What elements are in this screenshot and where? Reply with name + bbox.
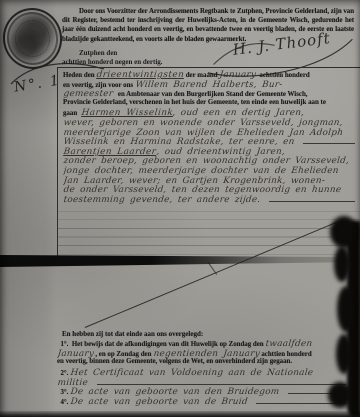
ink-blot — [328, 382, 352, 408]
text-line: Heden den drieentwintigsten der maand Ja… — [63, 70, 357, 80]
bottom-edge-shadow — [0, 411, 360, 417]
handwritten-text: zonder beroep, geboren en woonachtig ond… — [63, 156, 350, 166]
handwritten-text: meerderjarige Zoon van wijlen de Ehelied… — [63, 128, 344, 138]
text-line: Wisselink en Harmina Radstake, ter eenre… — [63, 137, 357, 147]
text-line: de onder Varsseveld, ten dezen tegenwoor… — [63, 185, 357, 195]
printed-text: en Ambtenaar van den Burgerlijken Stand … — [113, 91, 308, 98]
text-line: jonge dochter, meerderjarige dochter van… — [63, 166, 357, 176]
printed-text: 4°. — [57, 399, 70, 406]
text-line: en veertig, zijn voor ons Willem Barend … — [63, 80, 357, 90]
ink-blot — [330, 216, 358, 248]
text-line: 1°. Het bewijs dat de afkondigingen van … — [57, 339, 348, 349]
text-line: Provincie Gelderland, verschenen in het … — [63, 99, 357, 109]
handwritten-text: Barentjen Laarder — [63, 147, 157, 157]
text-line: 4°. De acte van geboorte van de Bruid — [57, 397, 348, 407]
entry-text: Heden den drieentwintigsten der maand Ja… — [58, 68, 360, 204]
handwritten-text: Willem Barend Halberts, Bur- — [135, 80, 283, 90]
text-line: en veertig, binnen deze Gemeente, volgen… — [57, 358, 348, 368]
handwritten-text: negentienden January — [153, 349, 260, 359]
text-line: zonder beroep, geboren en woonachtig ond… — [63, 156, 357, 166]
handwritten-text: drieentwintigsten — [96, 70, 185, 80]
fill-rule — [97, 384, 346, 385]
text-line: militie — [57, 378, 348, 388]
text-line: Jan Laarder, wever; en Gartjen Krogenbri… — [63, 176, 357, 186]
handwritten-text: militie — [57, 378, 94, 388]
printed-text: Heden den — [63, 72, 96, 79]
printed-text: achttien honderd — [256, 72, 310, 79]
handwritten-text: , oud drieentwintig Jaren, — [156, 147, 286, 157]
handwritten-text: Jan Laarder, wever; en Gartjen Krogenbri… — [63, 176, 326, 186]
text-line: gaan Harmen Wisselink, oud een en dertig… — [63, 108, 357, 118]
printed-text: 1°. Het bewijs dat de afkondigingen van … — [57, 341, 265, 348]
text-line: Barentjen Laarder, oud drieentwintig Jar… — [63, 147, 357, 157]
handwritten-text: de onder Varsseveld, ten dezen tegenwoor… — [63, 185, 342, 195]
handwritten-text: wever, geboren en wonende onder Varsseve… — [63, 118, 343, 128]
handwritten-text: gemeester — [63, 89, 114, 99]
document-scan: N°. 1 Door ons Voorzitter der Arrondisse… — [0, 0, 360, 417]
ink-blot — [334, 246, 350, 282]
text-line: gemeester en Ambtenaar van den Burgerlij… — [63, 89, 357, 99]
printed-text: 3°. — [57, 389, 70, 396]
handwritten-text: twaalfden — [265, 339, 313, 349]
text-line: meerderjarige Zoon van wijlen de Ehelied… — [63, 128, 357, 138]
printed-text: en veertig, zijn voor ons — [63, 82, 135, 89]
handwritten-text: jonge dochter, meerderjarige dochter van… — [63, 166, 339, 176]
fill-rule — [269, 201, 355, 202]
handwritten-text: January — [219, 70, 257, 80]
printed-text: en veertig, binnen deze Gemeente, volgen… — [57, 358, 292, 365]
submitted-documents-list: 1°. Het bewijs dat de afkondigingen van … — [57, 339, 348, 407]
ink-blot — [336, 334, 352, 374]
printed-text: gaan — [63, 110, 81, 117]
handwritten-text: De acte van geboorte van de Bruid — [70, 397, 253, 407]
handwritten-text: , oud een en dertig Jaren, — [172, 108, 305, 118]
printed-text: , en op Zondag den — [94, 351, 154, 358]
printed-text: Provincie Gelderland, verschenen in het … — [63, 99, 326, 106]
text-line: 3°. De acte van geboorte van den Bruideg… — [57, 387, 348, 397]
fill-rule — [303, 143, 355, 144]
text-line: 2°. Het Certificaat van Voldoening aan d… — [57, 368, 348, 378]
place-dateline: Zutphen den — [79, 49, 117, 57]
handwritten-text: Het Certificaat van Voldoening aan de Na… — [70, 368, 314, 378]
handwritten-text: Wisselink en Harmina Radstake, ter eenre… — [63, 137, 300, 147]
handwritten-text: Harmen Wisselink — [81, 108, 174, 118]
handwritten-text: January — [57, 349, 95, 359]
printed-text: der maand — [184, 72, 219, 79]
text-line: January , en op Zondag den negentienden … — [57, 349, 348, 359]
overgelegd-heading: En hebben zij tot dat einde aan ons over… — [62, 330, 203, 338]
printed-text: 2°. — [57, 370, 70, 377]
text-line: wever, geboren en wonende onder Varsseve… — [63, 118, 357, 128]
handwritten-text: De acte van geboorte van den Bruidegom — [70, 387, 285, 397]
year-dateline: achttien honderd negen en dertig. — [62, 58, 163, 66]
ink-blot — [337, 286, 355, 332]
printed-text: achttien honderd — [260, 351, 312, 358]
